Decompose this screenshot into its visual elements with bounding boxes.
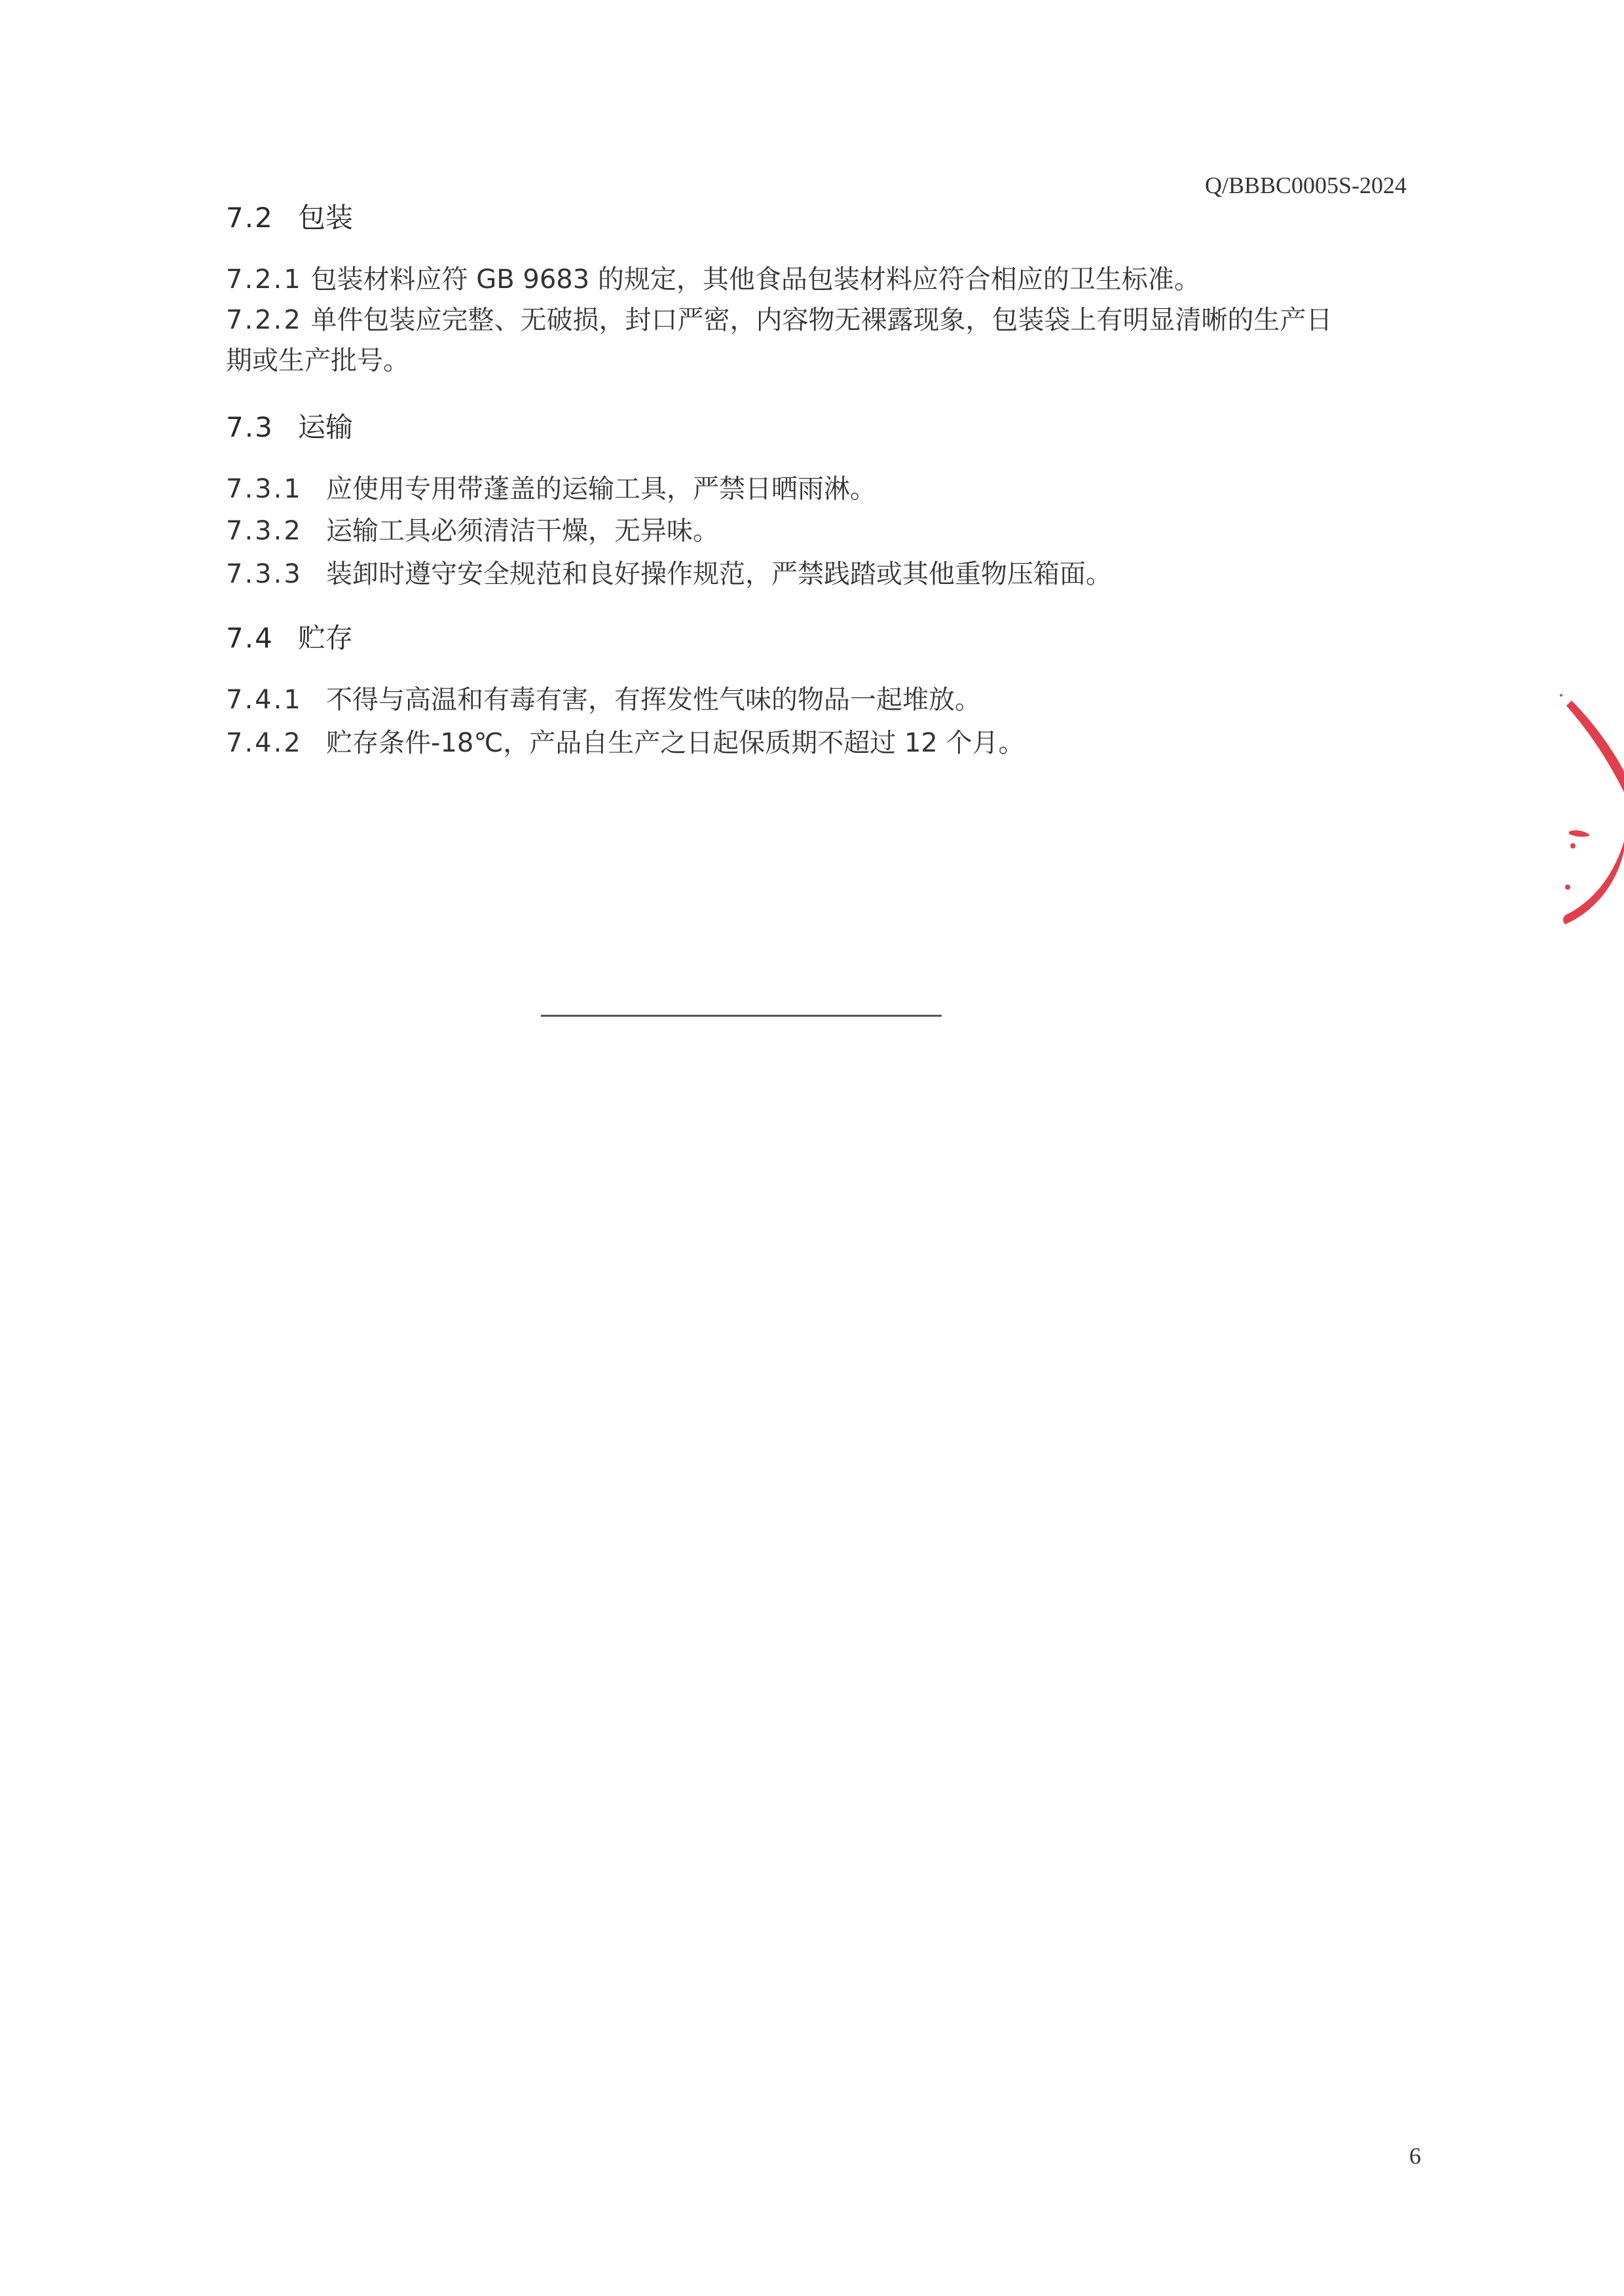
clause-7-4-2: 7.4.2贮存条件-18℃，产品自生产之日起保质期不超过 12 个月。: [226, 723, 1025, 763]
clause-number: 7.4.2: [226, 723, 326, 763]
clause-number: 7.3.3: [226, 554, 326, 594]
clause-7-3-1: 7.3.1应使用专用带蓬盖的运输工具，严禁日晒雨淋。: [226, 469, 876, 509]
section-heading-7-3: 7.3运输: [226, 406, 353, 445]
section-title: 运输: [298, 411, 353, 443]
clause-text: 运输工具必须清洁干燥，无异味。: [326, 516, 719, 546]
end-of-document-rule: [541, 1015, 942, 1017]
clause-7-3-3: 7.3.3装卸时遵守安全规范和良好操作规范，严禁践踏或其他重物压箱面。: [226, 554, 1112, 594]
clause-number: 7.3.2: [226, 511, 326, 551]
clause-7-2-1: 7.2.1 包装材料应符 GB 9683 的规定，其他食品包装材料应符合相应的卫…: [226, 259, 1200, 300]
section-heading-7-4: 7.4贮存: [226, 617, 353, 656]
clause-text: 贮存条件-18℃，产品自生产之日起保质期不超过 12 个月。: [326, 728, 1025, 758]
section-number: 7.4: [226, 622, 298, 654]
clause-text: 单件包装应完整、无破损，封口严密，内容物无裸露现象，包装袋上有明显清晰的生产日: [311, 305, 1333, 335]
section-title: 贮存: [298, 622, 353, 654]
section-heading-7-2: 7.2包装: [226, 196, 353, 236]
clause-7-3-2: 7.3.2运输工具必须清洁干燥，无异味。: [226, 511, 719, 551]
section-title: 包装: [298, 202, 353, 234]
clause-number: 7.2.1: [226, 264, 303, 295]
clause-number: 7.2.2: [226, 305, 303, 335]
clause-text: 装卸时遵守安全规范和良好操作规范，严禁践踏或其他重物压箱面。: [326, 559, 1112, 589]
clause-text: 不得与高温和有毒有害，有挥发性气味的物品一起堆放。: [326, 685, 981, 715]
clause-text: 应使用专用带蓬盖的运输工具，严禁日晒雨淋。: [326, 474, 876, 504]
clause-7-2-2: 7.2.2 单件包装应完整、无破损，封口严密，内容物无裸露现象，包装袋上有明显清…: [226, 300, 1333, 340]
clause-text: 包装材料应符 GB 9683 的规定，其他食品包装材料应符合相应的卫生标准。: [311, 264, 1200, 295]
section-number: 7.2: [226, 202, 298, 234]
clause-7-2-2-continuation: 期或生产批号。: [226, 340, 409, 381]
clause-text-continuation: 期或生产批号。: [226, 346, 409, 376]
section-number: 7.3: [226, 411, 298, 443]
document-code: Q/BBBC0005S-2024: [1205, 172, 1407, 199]
clause-number: 7.4.1: [226, 680, 326, 720]
clause-number: 7.3.1: [226, 469, 326, 509]
red-seal-stamp-icon: [1559, 694, 1624, 930]
clause-7-4-1: 7.4.1不得与高温和有毒有害，有挥发性气味的物品一起堆放。: [226, 680, 981, 720]
page-number: 6: [1409, 2142, 1421, 2170]
